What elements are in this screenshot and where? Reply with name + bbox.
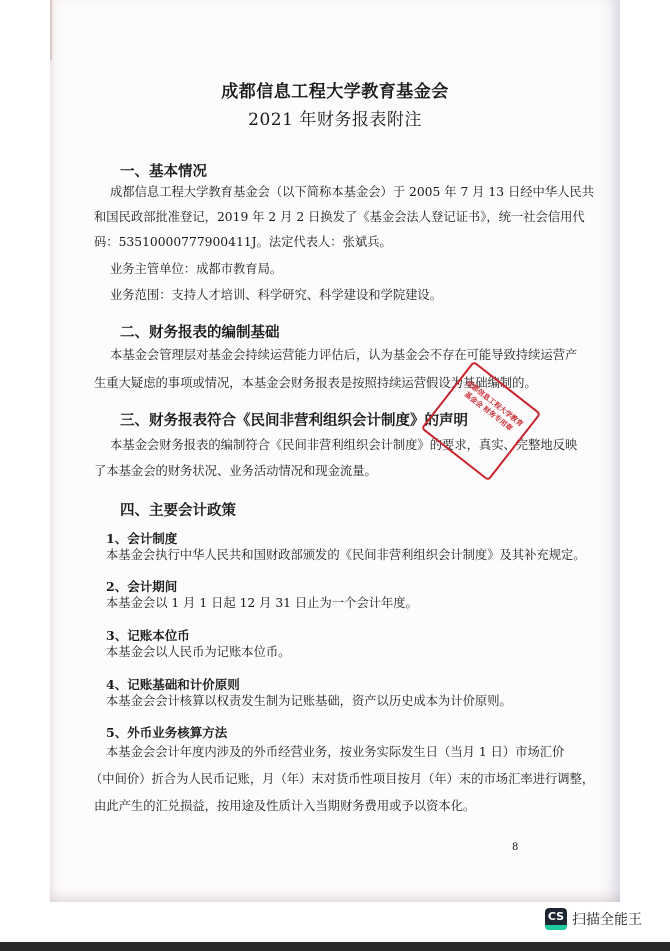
paragraph: 本基金会以 1 月 1 日起 12 月 31 日止为一个会计年度。 [106,591,418,616]
scanned-page: 成都信息工程大学教育基金会 2021 年财务报表附注 一、基本情况 成都信息工程… [50,0,620,902]
document-subtitle: 2021 年财务报表附注 [50,105,620,130]
watermark-label: 扫描全能王 [572,909,642,929]
document-title: 成都信息工程大学教育基金会 [50,77,620,102]
paragraph: 由此产生的汇兑损益，按用途及性质计入当期财务费用或予以资本化。 [94,794,475,819]
paragraph: 本基金会会计核算以权责发生制为记账基础，资产以历史成本为计价原则。 [106,689,512,714]
paragraph: 本基金会会计年度内涉及的外币经营业务，按业务实际发生日（当月 1 日）市场汇价 [106,740,564,765]
paragraph: 本基金会以人民币为记账本位币。 [106,640,290,665]
section-heading-4: 四、主要会计政策 [120,499,236,520]
paragraph: 业务范围：支持人才培训、科学研究、科学建设和学院建设。 [110,283,442,308]
camscanner-logo-icon: CS [545,908,567,930]
section-heading-3: 三、财务报表符合《民间非营利组织会计制度》的声明 [120,409,468,430]
paragraph: 本基金会管理层对基金会持续运营能力评估后，认为基金会不存在可能导致持续运营产 [110,343,577,368]
section-heading-1: 一、基本情况 [120,160,207,181]
camscanner-watermark: CS 扫描全能王 [545,908,642,930]
page-number: 8 [512,842,518,853]
viewer-bottom-bar [0,942,670,951]
paragraph: 本基金会执行中华人民共和国财政部颁发的《民间非营利组织会计制度》及其补充规定。 [106,543,586,568]
paragraph: （中间价）折合为人民币记账，月（年）末对货币性项目按月（年）末的市场汇率进行调整… [90,767,594,792]
subsection-title: 5、外币业务核算方法 [106,723,227,741]
paragraph: 码：53510000777900411J。法定代表人：张斌兵。 [94,230,392,255]
section-heading-2: 二、财务报表的编制基础 [120,321,280,342]
paragraph: 了本基金会的财务状况、业务活动情况和现金流量。 [94,459,377,484]
paragraph: 业务主管单位：成都市教育局。 [110,257,282,282]
paragraph: 成都信息工程大学教育基金会（以下简称本基金会）于 2005 年 7 月 13 日… [110,180,594,205]
paragraph: 和国民政部批准登记，2019 年 2 月 2 日换发了《基金会法人登记证书》，统… [94,205,585,230]
page-edge [50,0,52,60]
